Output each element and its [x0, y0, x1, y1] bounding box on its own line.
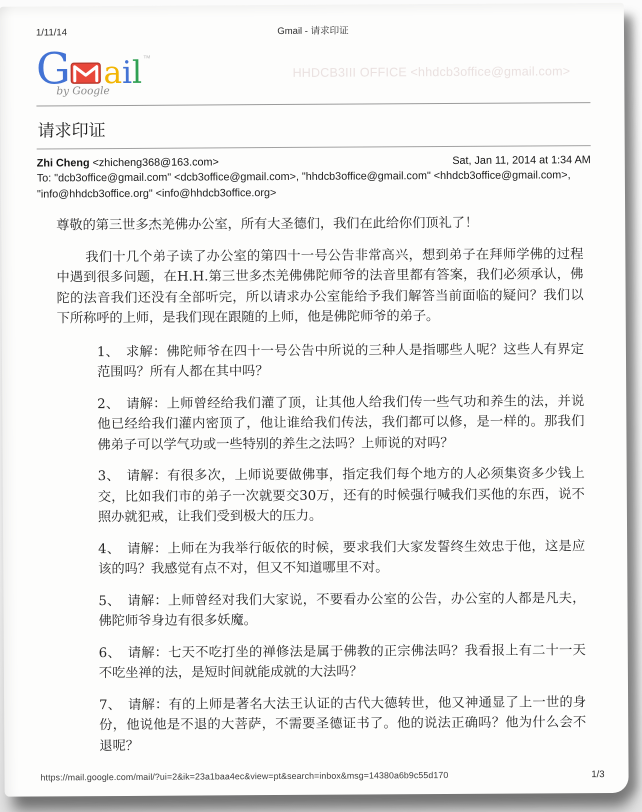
print-doc-title: Gmail - 请求印证 — [206, 22, 420, 37]
page-number: 1/3 — [591, 769, 604, 780]
divider-top — [36, 102, 590, 106]
subject-title: 请求印证 — [38, 113, 591, 141]
print-header-spacer — [420, 32, 590, 33]
logo-letter-i: i — [122, 57, 132, 88]
letter-body: 尊敬的第三世多杰羌佛办公室，所有大圣德们，我们在此给你们顶礼了！ 我们十几个弟子… — [37, 213, 594, 757]
print-header-bar: 1/11/14 Gmail - 请求印证 — [36, 21, 590, 38]
sender-line: Zhi Cheng <zhicheng368@163.com> — [37, 156, 219, 169]
trademark-symbol: ™ — [143, 54, 151, 62]
sender-name: Zhi Cheng — [37, 157, 90, 169]
scan-background: 1/11/14 Gmail - 请求印证 G ail™ by Google — [0, 0, 642, 812]
logo-letter-a: a — [104, 57, 123, 88]
question-1: 1、 求解：佛陀师爷在四十一号公告中所说的三种人是指哪些人呢？这些人有界定范围吗… — [97, 340, 584, 384]
intro-paragraph: 我们十几个弟子读了办公室的第四十一号公告非常高兴，想到弟子在拜师学佛的过程中遇到… — [56, 245, 583, 330]
question-5: 5、 请解：上师曾经对我们大家说，不要看办公室的公告，办公室的人都是凡夫，佛陀师… — [98, 589, 585, 633]
question-3: 3、 请解：有很多次，上师说要做佛事，指定我们每个地方的人必须集资多少钱上交，比… — [98, 464, 585, 528]
question-4: 4、 请解：上师在为我举行皈依的时候，要求我们大家发誓终生效忠于他，这是应该的吗… — [98, 537, 585, 581]
print-footer-bar: https://mail.google.com/mail/?ui=2&ik=23… — [41, 769, 605, 783]
salutation-paragraph: 尊敬的第三世多杰羌佛办公室，所有大圣德们，我们在此给你们顶礼了！ — [56, 213, 581, 237]
account-owner-header: HHDCB3III OFFICE <hhdcb3office@gmail.com… — [292, 60, 590, 80]
email-date: Sat, Jan 11, 2014 at 1:34 AM — [452, 154, 591, 167]
to-recipients-line2: "info@hhdcb3office.org" <info@hhdcb3offi… — [37, 184, 591, 203]
question-6: 6、 请解：七天不吃打坐的禅修法是属于佛教的正宗佛法吗？我看报上有二十一天不吃坐… — [99, 641, 586, 685]
printed-page: 1/11/14 Gmail - 请求印证 G ail™ by Google — [0, 3, 629, 797]
sender-email: <zhicheng368@163.com> — [93, 156, 219, 169]
print-date: 1/11/14 — [36, 26, 206, 38]
question-2: 2、 请解：上师曾经给我们灌了顶，让其他人给我们传一些气功和养生的法，并说他已经… — [97, 392, 584, 456]
logo-row: G ail™ by Google HHDCB3III OFFICE <hhdcb… — [36, 39, 590, 102]
gmail-logo: G ail™ by Google — [36, 47, 151, 97]
divider-subject — [37, 145, 591, 149]
question-7: 7、 请解：有的上师是著名大法王认证的古代大德转世，他又神通显了上一世的身份，他… — [99, 693, 586, 757]
footer-url: https://mail.google.com/mail/?ui=2&ik=23… — [41, 770, 449, 782]
gmail-envelope-icon — [71, 62, 102, 87]
logo-letter-l: l — [132, 57, 142, 88]
email-meta: Zhi Cheng <zhicheng368@163.com> Sat, Jan… — [37, 154, 591, 202]
